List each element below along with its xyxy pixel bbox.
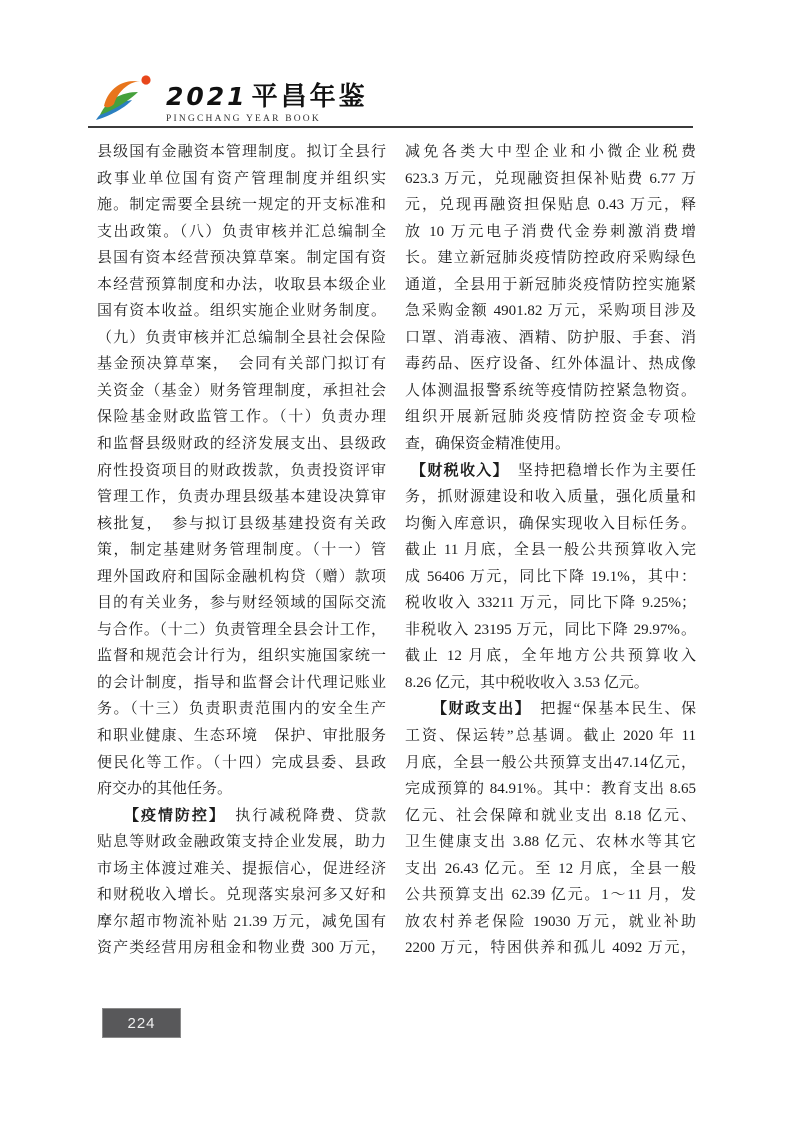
text-line: 政事业单位国有资产管理制度并组织实	[97, 166, 386, 193]
entry-headword: 【疫情防控】	[124, 808, 218, 824]
text-line: 管理工作，负责办理县级基本建设决算审	[97, 484, 386, 511]
text-line: 长。建立新冠肺炎疫情防控政府采购绿色	[405, 245, 696, 272]
text-line: 2200 万元，特困供养和孤儿 4092 万元，	[405, 935, 696, 962]
title-cn: 平昌年鉴	[252, 76, 368, 113]
text-line: 8.26 亿元，其中税收收入 3.53 亿元。	[405, 670, 696, 697]
text-line: 月底，全县一般公共预算支出47.14亿元，	[405, 750, 696, 777]
right-text-column: 减免各类大中型企业和小微企业税费623.3 万元，兑现融资担保补贴费 6.77 …	[405, 139, 696, 962]
text-line: 便民化等工作。（十四）完成县委、县政	[97, 750, 386, 777]
text-line: 完成预算的 84.91%。其中：教育支出 8.65	[405, 776, 696, 803]
entry-headword: 【财税收入】	[411, 463, 501, 479]
text-line: 施。制定需要全县统一规定的开支标准和	[97, 192, 386, 219]
text-line: 急采购金额 4901.82 万元，采购项目涉及	[405, 298, 696, 325]
text-line: 成 56406 万元，同比下降 19.1%，其中：	[405, 564, 696, 591]
text-line: 623.3 万元，兑现融资担保补贴费 6.77 万	[405, 166, 696, 193]
text-line: 国有资本收益。组织实施企业财务制度。	[97, 298, 386, 325]
text-line: 卫生健康支出 3.88 亿元、农林水等其它	[405, 829, 696, 856]
title-year: 2021	[166, 82, 248, 111]
text-line: 元，兑现再融资担保贴息 0.43 万元，释	[405, 192, 696, 219]
text-line: 目的有关业务，参与财经领域的国际交流	[97, 590, 386, 617]
text-line: 理外国政府和国际金融机构贷（赠）款项	[97, 564, 386, 591]
text-line: 本经营预算制度和办法，收取县本级企业	[97, 272, 386, 299]
yearbook-subtitle: PINGCHANG YEAR BOOK	[166, 114, 368, 124]
text-line: 县国有资本经营预决算草案。制定国有资	[97, 245, 386, 272]
text-line: 关资金（基金）财务管理制度，承担社会	[97, 378, 386, 405]
text-line: 务，抓财源建设和收入质量，强化质量和	[405, 484, 696, 511]
text-line: 【财政支出】 把握“保基本民生、保	[405, 696, 696, 723]
text-line: 非税收入 23195 万元，同比下降 29.97%。	[405, 617, 696, 644]
text-line: 县级国有金融资本管理制度。拟订全县行	[97, 139, 386, 166]
text-line: 放 10 万元电子消费代金券刺激消费增	[405, 219, 696, 246]
text-line: 支出 26.43 亿元。至 12 月底，全县一般	[405, 856, 696, 883]
header-titles: 2021 平昌年鉴 PINGCHANG YEAR BOOK	[166, 70, 368, 124]
text-line: 府交办的其他任务。	[97, 776, 386, 803]
text-line: 和财税收入增长。兑现落实泉河多又好和	[97, 882, 386, 909]
entry-headword: 【财政支出】	[432, 701, 524, 717]
text-line: 亿元、社会保障和就业支出 8.18 亿元、	[405, 803, 696, 830]
text-line: 和职业健康、生态环境 保护、审批服务	[97, 723, 386, 750]
text-line: 贴息等财政金融政策支持企业发展，助力	[97, 829, 386, 856]
text-line: 保险基金财政监管工作。（十）负责办理	[97, 404, 386, 431]
text-line: 人体测温报警系统等疫情防控紧急物资。	[405, 378, 696, 405]
header-divider	[88, 126, 693, 128]
text-line: 截止 11 月底，全县一般公共预算收入完	[405, 537, 696, 564]
left-text-column: 县级国有金融资本管理制度。拟订全县行政事业单位国有资产管理制度并组织实施。制定需…	[97, 139, 386, 962]
text-line: 基金预决算草案， 会同有关部门拟订有	[97, 351, 386, 378]
text-line: 【财税收入】 坚持把稳增长作为主要任	[405, 458, 696, 485]
text-line: 组织开展新冠肺炎疫情防控资金专项检	[405, 404, 696, 431]
text-line: 务。（十三）负责职责范围内的安全生产	[97, 696, 386, 723]
text-line: 均衡入库意识，确保实现收入目标任务。	[405, 511, 696, 538]
yearbook-title: 2021 平昌年鉴	[166, 76, 368, 113]
text-line: 【疫情防控】 执行减税降费、贷款	[97, 803, 386, 830]
text-line: 减免各类大中型企业和小微企业税费	[405, 139, 696, 166]
yearbook-swoosh-logo-icon	[88, 70, 162, 124]
page-header: 2021 平昌年鉴 PINGCHANG YEAR BOOK	[88, 70, 368, 126]
page-number-badge: 224	[102, 1008, 181, 1038]
text-line: 税收收入 33211 万元，同比下降 9.25%；	[405, 590, 696, 617]
text-line: 和监督县级财政的经济发展支出、县级政	[97, 431, 386, 458]
text-line: 公共预算支出 62.39 亿元。1～11 月，发	[405, 882, 696, 909]
text-line: 府性投资项目的财政拨款，负责投资评审	[97, 458, 386, 485]
text-line: 毒药品、医疗设备、红外体温计、热成像	[405, 351, 696, 378]
text-line: 摩尔超市物流补贴 21.39 万元，减免国有	[97, 909, 386, 936]
text-line: 支出政策。（八）负责审核并汇总编制全	[97, 219, 386, 246]
text-line: 与合作。（十二）负责管理全县会计工作，	[97, 617, 386, 644]
yearbook-page: 2021 平昌年鉴 PINGCHANG YEAR BOOK 县级国有金融资本管理…	[0, 0, 793, 1122]
text-line: 通道，全县用于新冠肺炎疫情防控实施紧	[405, 272, 696, 299]
text-line: 策，制定基建财务管理制度。（十一）管	[97, 537, 386, 564]
text-line: 资产类经营用房租金和物业费 300 万元，	[97, 935, 386, 962]
text-line: 截止 12 月底，全年地方公共预算收入	[405, 643, 696, 670]
text-line: 放农村养老保险 19030 万元，就业补助	[405, 909, 696, 936]
text-line: 核批复， 参与拟订县级基建投资有关政	[97, 511, 386, 538]
text-line: 查，确保资金精准使用。	[405, 431, 696, 458]
text-line: 工资、保运转”总基调。截止 2020 年 11	[405, 723, 696, 750]
text-line: 市场主体渡过难关、提振信心，促进经济	[97, 856, 386, 883]
text-line: 口罩、消毒液、酒精、防护服、手套、消	[405, 325, 696, 352]
text-line: （九）负责审核并汇总编制全县社会保险	[97, 325, 386, 352]
text-line: 监督和规范会计行为，组织实施国家统一	[97, 643, 386, 670]
text-line: 的会计制度，指导和监督会计代理记账业	[97, 670, 386, 697]
